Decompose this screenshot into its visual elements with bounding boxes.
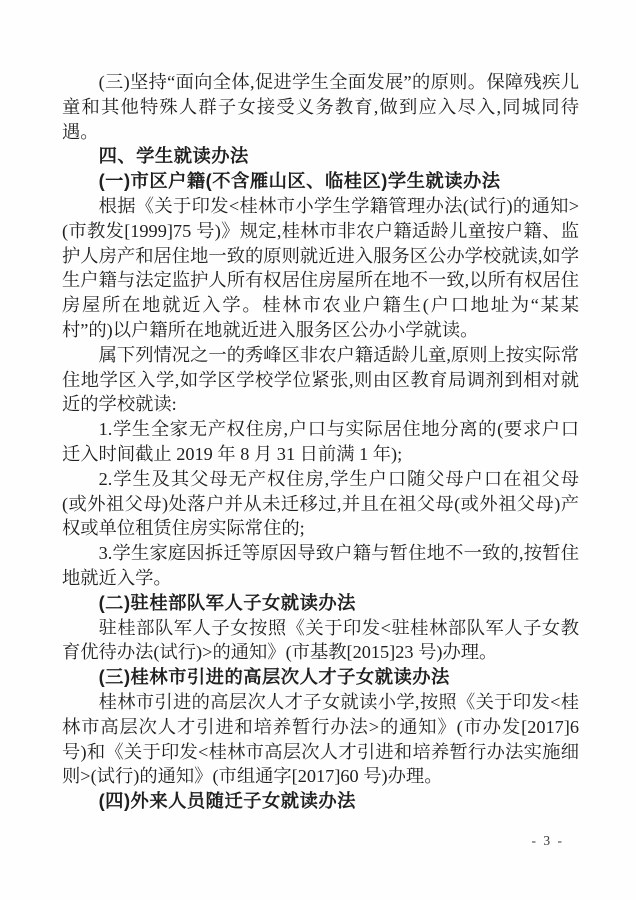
paragraph-condition-1: 1.学生全家无产权住房,户口与实际居住地分离的(要求户口迁入时间截止 2019 …	[62, 417, 579, 467]
page-number: - 3 -	[532, 833, 565, 849]
paragraph-principle-three: (三)坚持“面向全体,促进学生全面发展”的原则。保障残疾儿童和其他特殊人群子女接…	[62, 70, 579, 144]
paragraph-condition-2: 2.学生及其父母无产权住房,学生户口随父母户口在祖父母(或外祖父母)处落户并从未…	[62, 467, 579, 541]
heading-subsection-one: (一)市区户籍(不含雁山区、临桂区)学生就读办法	[62, 169, 579, 194]
document-page: (三)坚持“面向全体,促进学生全面发展”的原则。保障残疾儿童和其他特殊人群子女接…	[0, 0, 636, 900]
paragraph-condition-3: 3.学生家庭因拆迁等原因导致户籍与暂住地不一致的,按暂住地就近入学。	[62, 541, 579, 591]
paragraph-urban-hukou-policy: 根据《关于印发<桂林市小学生学籍管理办法(试行)的通知>(市教发[1999]75…	[62, 194, 579, 343]
heading-subsection-two: (二)驻桂部队军人子女就读办法	[62, 591, 579, 616]
heading-subsection-four: (四)外来人员随迁子女就读办法	[62, 789, 579, 814]
paragraph-xiufeng-conditions: 属下列情况之一的秀峰区非农户籍适龄儿童,原则上按实际常住地学区入学,如学区学校学…	[62, 343, 579, 417]
heading-section-four: 四、学生就读办法	[62, 144, 579, 169]
paragraph-talent-children: 桂林市引进的高层次人才子女就读小学,按照《关于印发<桂林市高层次人才引进和培养暂…	[62, 690, 579, 789]
paragraph-military-children: 驻桂部队军人子女按照《关于印发<驻桂林部队军人子女教育优待办法(试行)>的通知》…	[62, 616, 579, 666]
heading-subsection-three: (三)桂林市引进的高层次人才子女就读办法	[62, 665, 579, 690]
document-body: (三)坚持“面向全体,促进学生全面发展”的原则。保障残疾儿童和其他特殊人群子女接…	[62, 70, 579, 814]
